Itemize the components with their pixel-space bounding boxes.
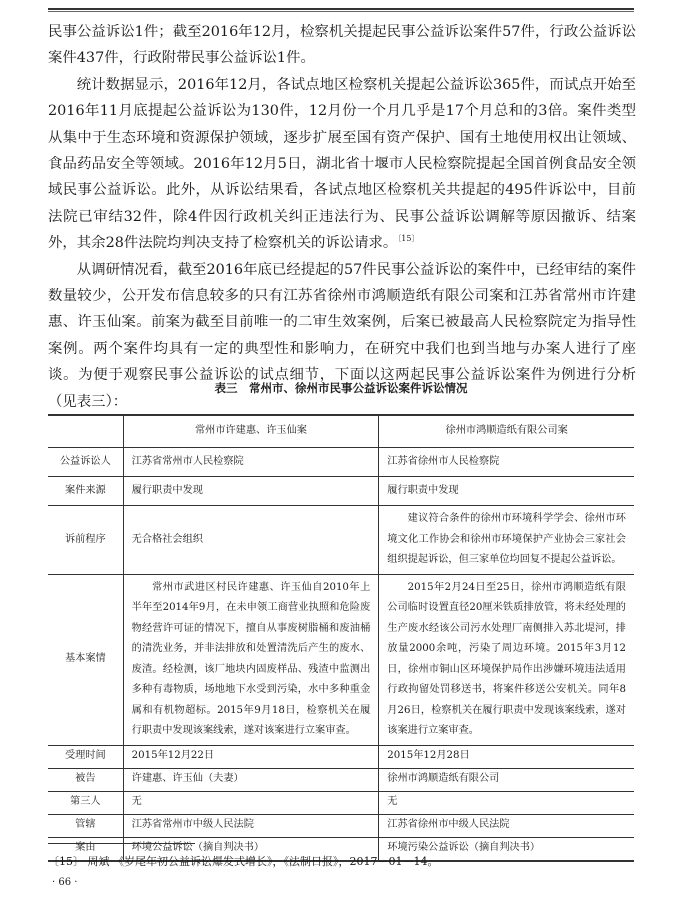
table-row: 被告 许建惠、许玉仙（夫妻） 徐州市鸿顺造纸有限公司 xyxy=(48,768,634,791)
table-header-xuzhou: 徐州市鸿顺造纸有限公司案 xyxy=(379,415,634,448)
footnote-rule xyxy=(48,843,195,844)
header-rule-thin xyxy=(48,11,634,12)
cell-xuzhou: 江苏省徐州市中级人民法院 xyxy=(379,814,634,837)
page-number: · 66 · xyxy=(52,877,77,888)
table-header-empty xyxy=(48,415,123,448)
paragraph-2: 统计数据显示，2016年12月，各试点地区检察机关提起公益诉讼365件，而试点开… xyxy=(48,72,636,257)
cell-xuzhou: 2015年12月28日 xyxy=(379,745,634,768)
cell-changzhou: 许建惠、许玉仙（夫妻） xyxy=(123,768,379,791)
cell-changzhou: 江苏省常州市人民检察院 xyxy=(123,448,379,477)
cell-changzhou: 江苏省常州市中级人民法院 xyxy=(123,814,379,837)
table-header-row: 常州市许建惠、许玉仙案 徐州市鸿顺造纸有限公司案 xyxy=(48,415,634,448)
row-label: 第三人 xyxy=(48,791,123,814)
cell-changzhou: 2015年12月22日 xyxy=(123,745,379,768)
cell-xuzhou: 履行职责中发现 xyxy=(379,477,634,506)
row-label: 管辖 xyxy=(48,814,123,837)
row-label: 受理时间 xyxy=(48,745,123,768)
paragraph-1: 民事公益诉讼1件；截至2016年12月，检察机关提起民事公益诉讼案件57件，行政… xyxy=(48,19,636,72)
cell-xuzhou-text: 建议符合条件的徐州市环境科学学会、徐州市环境文化工作协会和徐州市环境保护产业协会… xyxy=(387,506,626,574)
paragraph-2-text: 统计数据显示，2016年12月，各试点地区检察机关提起公益诉讼365件，而试点开… xyxy=(48,77,636,251)
footnote-ref[interactable]: 〔15〕 xyxy=(397,234,419,243)
cell-changzhou-text: 常州市武进区村民许建惠、许玉仙自2010年上半年至2014年9月，在未申领工商营… xyxy=(132,575,371,745)
table-row: 诉前程序 无合格社会组织 建议符合条件的徐州市环境科学学会、徐州市环境文化工作协… xyxy=(48,506,634,575)
table-row: 公益诉讼人 江苏省常州市人民检察院 江苏省徐州市人民检察院 xyxy=(48,448,634,477)
cell-xuzhou: 无 xyxy=(379,791,634,814)
row-label: 诉前程序 xyxy=(48,506,123,575)
table-row: 受理时间 2015年12月22日 2015年12月28日 xyxy=(48,745,634,768)
cell-xuzhou: 江苏省徐州市人民检察院 xyxy=(379,448,634,477)
cell-xuzhou-text: 2015年2月24日至25日，徐州市鸿顺造纸有限公司临时设置直径20厘米铁质排放… xyxy=(387,575,626,745)
cell-changzhou: 无 xyxy=(123,791,379,814)
table-row: 案件来源 履行职责中发现 履行职责中发现 xyxy=(48,477,634,506)
case-comparison-table: 常州市许建惠、许玉仙案 徐州市鸿顺造纸有限公司案 公益诉讼人 江苏省常州市人民检… xyxy=(48,414,634,862)
cell-changzhou: 常州市武进区村民许建惠、许玉仙自2010年上半年至2014年9月，在未申领工商营… xyxy=(123,574,379,745)
table-header-changzhou: 常州市许建惠、许玉仙案 xyxy=(123,415,379,448)
cell-changzhou: 无合格社会组织 xyxy=(123,506,379,575)
cell-changzhou: 履行职责中发现 xyxy=(123,477,379,506)
cell-xuzhou: 2015年2月24日至25日，徐州市鸿顺造纸有限公司临时设置直径20厘米铁质排放… xyxy=(379,574,634,745)
header-rule xyxy=(48,8,634,10)
row-label: 案件来源 xyxy=(48,477,123,506)
body-text: 民事公益诉讼1件；截至2016年12月，检察机关提起民事公益诉讼案件57件，行政… xyxy=(48,19,636,415)
row-label: 公益诉讼人 xyxy=(48,448,123,477)
table-row: 管辖 江苏省常州市中级人民法院 江苏省徐州市中级人民法院 xyxy=(48,814,634,837)
footnote: 〔15〕 周斌 《岁尾年初公益诉讼爆发式增长》，《法制日报》，2017－01－1… xyxy=(48,853,438,869)
cell-xuzhou: 建议符合条件的徐州市环境科学学会、徐州市环境文化工作协会和徐州市环境保护产业协会… xyxy=(379,506,634,575)
cell-xuzhou: 徐州市鸿顺造纸有限公司 xyxy=(379,768,634,791)
row-label: 被告 xyxy=(48,768,123,791)
table-row: 基本案情 常州市武进区村民许建惠、许玉仙自2010年上半年至2014年9月，在未… xyxy=(48,574,634,745)
table-row: 第三人 无 无 xyxy=(48,791,634,814)
table-caption: 表三 常州市、徐州市民事公益诉讼案件诉讼情况 xyxy=(48,380,634,396)
row-label: 基本案情 xyxy=(48,574,123,745)
